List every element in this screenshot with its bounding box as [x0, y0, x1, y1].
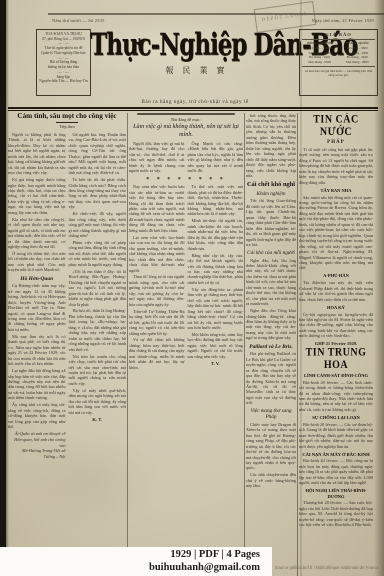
paragraph: Kẻ chức-việc đã vậy, người làm công cũng…	[69, 211, 127, 238]
continued-label: Tiếp theo	[8, 124, 126, 129]
paragraph: Than ôi! lòng tự-ái của người mình nặng …	[129, 274, 185, 307]
paragraph: Vậy có mấy nhời quê-kệch, dám mong các n…	[69, 388, 127, 415]
price-column-indochina: ĐÔNG-DƯƠNG Cả năm . . 5$40Sáu tháng . 2$…	[302, 41, 338, 64]
paragraph: Tỉ số một cái công hai mà gặp phải lúc t…	[299, 147, 373, 185]
paragraph: Ở trong tối thẳm thế, cho nên lời cổ-nhâ…	[8, 251, 66, 273]
column-rule	[244, 113, 245, 576]
paragraph: Hạ-lưu rồi, thân là ông Hoàng-Phủ tiến-l…	[69, 308, 127, 352]
title-rule	[56, 122, 78, 123]
paragraph: Ta thử xét: một việc mà thành, phải có đ…	[188, 184, 244, 217]
paragraph: Vả sự đời chìm nổi không chừng: hôm nay …	[129, 337, 185, 370]
column-rule	[127, 113, 128, 576]
article-cam-tinh: Cảm tình, sâu mọt cho công việc Tiếp the…	[8, 113, 126, 576]
column-2: Gã người kia: ông Thuận làm vụ, ông Cao-…	[69, 132, 127, 460]
scan-edge-left	[0, 0, 6, 576]
paragraph: Cụ Hương-chức năm nay vậy, trẻ em ngày 1…	[8, 283, 66, 332]
price-box-title: GIÁ BÁO	[302, 32, 375, 37]
paragraph: bởi sống thuốc ứng thấy vẫn, mà sống thu…	[246, 113, 296, 178]
masthead: Thực-Nghiệp Dân-Báo 報民業實	[90, 30, 300, 76]
country-head-phap: PHÁP	[299, 140, 373, 145]
paragraph: Gã người kia: ông Thuận làm vụ, ông Cao-…	[69, 132, 127, 176]
country-head-hoa-ky: HOA KỲ	[301, 305, 371, 310]
story-title-cai-chet-kho-nghi: Cái chết khó nghĩ	[246, 181, 296, 188]
paragraph: Thượng-hải 20 février. — Sau cuộc hội-ng…	[299, 500, 373, 527]
column-pair: Người ta không phải là ông Thánh, ai là …	[8, 132, 126, 460]
paragraph: Hai phi-tướng Paillard và Le Bris khi gh…	[246, 351, 296, 406]
article-kicker: Bài đăng để mục:	[129, 117, 243, 122]
list-line: Một tháng . 0$50	[302, 60, 338, 65]
paragraph: Chiếc máy bay Dragon đi Xiêm-la có mang …	[246, 422, 296, 471]
paragraph: Nghe đâu cho Tổng khai chúng-khẩu đồng-t…	[246, 308, 296, 341]
price-columns: ĐÔNG-DƯƠNG Cả năm . . 5$40Sáu tháng . 2$…	[302, 39, 375, 65]
column-3-intro: Người đời, làm việc gì mà bị thất-bại, t…	[129, 141, 185, 175]
section-title-tin-cac-nuoc: TIN CÁC NƯỚC	[299, 113, 373, 138]
column-4: Ta thử xét: một việc mà thành, phải có đ…	[188, 184, 244, 371]
paragraph: Lại xem như việc học-hành của con em ta:…	[129, 235, 185, 273]
story-title-paillard-lebris: Paillard và Le Bris.	[246, 344, 296, 350]
list-line: Một tháng . 0$85	[340, 60, 376, 65]
paragraph: «Tôi là em thân ở đây; tôi là Hoa-Lương …	[69, 269, 127, 307]
overlay-caption-box: 1929 | PDF | 4 Pages buihuuhanh@gmail.co…	[0, 547, 272, 576]
paragraph: Người đời, làm việc gì mà bị thất-bại, t…	[129, 141, 185, 174]
article-title: Cảm tình, sâu mọt cho công việc	[8, 113, 126, 121]
scan-edge-top	[48, 13, 384, 15]
publisher-box: TÒA SOẠN VÀ TRỊ-SỰ87, phố Hàng Gai — HAN…	[36, 29, 91, 96]
column-4-intro: Ông Mạnh có câu rằng: «Hành hữu bất đắc …	[188, 141, 244, 175]
list-line: Quản-lý Thực-nghiệp Dân-báo	[38, 51, 89, 56]
paragraph: Tức thì làng Giao-thông đã trình sự việc…	[246, 198, 296, 247]
price-box-note: Ai mua báo xin giả tiền trước — báo khôn…	[302, 66, 375, 77]
notice-title-ho-hon-quan: Hồ Hớn-Quan	[8, 276, 66, 282]
price-box: GIÁ BÁO ĐÔNG-DƯƠNG Cả năm . . 5$40Sáu th…	[299, 29, 378, 96]
story-subhead-mang-tho: Việc mang thơ sang Pháp	[246, 408, 296, 420]
paragraph: Nghe đâu, bấy lâu ông thêm khách-khứa cũ…	[246, 258, 296, 307]
paragraph: Nay xem như việc buôn bán của các nhà tư…	[129, 184, 185, 233]
article-signature: K. T.	[69, 417, 127, 422]
column-6-foreign-news: TIN CÁC NƯỚCPHÁPTỉ số một cái công hai m…	[299, 113, 373, 576]
price-column-foreign: NGOẠI-QUỐC Cả năm . . 9$00Sáu tháng . 4$…	[340, 41, 376, 64]
paragraph: Lại nghe đâu hội đồng hàng xã sắp họp bà…	[8, 368, 66, 401]
paragraph: Ủy-hội ngoại-giao tại hạ-nghị-viện đã bà…	[299, 312, 373, 339]
notice-signature: Tường – Nội	[8, 454, 66, 460]
column-pair: Người đời, làm việc gì mà bị thất-bại, t…	[129, 141, 243, 175]
newspaper-title: Thực-Nghiệp Dân-Báo	[90, 30, 300, 60]
newspaper-page-scan: Năm thứ mười — Số 2535 Ngày thứ năm, 21 …	[0, 0, 384, 576]
issue-info: Năm thứ mười — Số 2535	[52, 18, 105, 23]
paragraph: Bắc-kinh 20 février. — Các sư-đoàn hộ-tị…	[299, 422, 373, 449]
overlay-year-pages: 1929 | PDF | 4 Pages	[0, 549, 260, 561]
column-5: bởi sống thuốc ứng thấy vẫn, mà sống thu…	[246, 113, 296, 576]
column-1: Người ta không phải là ông Thánh, ai là …	[8, 132, 66, 460]
column-rule	[297, 113, 298, 576]
paragraph: Sáu mươi sáu hội đồng một cái có quan-tr…	[299, 195, 373, 271]
story-subhead-kham-nghiem: Khám nghiệm	[246, 191, 296, 197]
paragraph: Phàm việc công thì cứ phép công mà làm, …	[69, 240, 127, 267]
paragraph: Người ta không phải là ông Thánh, ai là …	[8, 132, 66, 176]
paragraph: Một khôn từng-trải, trăm hay học-đòi; đư…	[188, 332, 244, 359]
paragraph: Mình tín-thực thì người tin, mình cần-ki…	[188, 218, 244, 251]
column-3: Nay xem như việc buôn bán của các nhà tư…	[129, 184, 185, 371]
page-columns: Cảm tình, sâu mọt cho công việc Tiếp the…	[8, 113, 378, 576]
list-line: Nguyễn-hữu-Thu — Bùi-huy-Tín	[38, 79, 89, 84]
date-info: Ngày thứ năm, 21 Février 1929	[312, 18, 374, 23]
news-head-canh-sat: LÍNH CẢNH-SÁT ĐÌNH-CÔNG	[301, 373, 371, 378]
section-title-tin-trung-hoa: TIN TRUNG HOA	[299, 346, 373, 371]
overlay-email: buihuuhanh@gmail.com	[0, 562, 260, 574]
paragraph: Bắc-kinh 20 février. — Đội công-an bị mộ…	[299, 458, 373, 485]
paragraph: Bằng như cậy tài, cậy của, cậy thế mà kh…	[188, 253, 244, 286]
paragraph: Nói tóm lại: muốn cho công việc chạy, tr…	[69, 354, 127, 387]
wire-dateline: GHP 21 Février 1929.	[299, 341, 373, 346]
paragraph: Các nhà chuyên-môn đều chú ý về cuộc hàn…	[246, 472, 296, 488]
country-head-a-phu-han: A-PHÚ-HÃN	[301, 273, 371, 278]
news-head-hoi-nghi: HỘI NGHỊ LIÊN THÁI-BÌNH-DƯƠNG	[301, 488, 371, 499]
dateline-row: Năm thứ mười — Số 2535 Ngày thứ năm, 21 …	[52, 18, 374, 23]
article-lam-viec: Bài đăng để mục: Làm việc gì mà không th…	[129, 113, 243, 576]
stamp-text: DÉPÔT LÉGAL	[261, 11, 308, 22]
price-column-header: NGOẠI-QUỐC	[340, 41, 376, 45]
news-head-chong-loan: SỰ CHỐNG LẠI LOẠN	[301, 415, 371, 420]
newspaper-title-chinese: 報民業實	[90, 65, 300, 76]
paragraph: Trần-trễ Tư-Tưởng Thiên-Hạ bạ rằng: biết…	[129, 309, 185, 336]
paragraph: Ta biết tật rồi thì phải chữa. Chữa bằng…	[69, 177, 127, 210]
asterisk-separator: * * * * * * * *	[129, 177, 243, 183]
paragraph: Mà nay làm rày nói là có thanh quả phê, …	[8, 334, 66, 367]
paragraph: Ông Mạnh có câu rằng: «Hành hữu bất đắc …	[188, 141, 244, 174]
country-head-tay-ban-nha: TÂY BAN NHA	[301, 188, 371, 193]
paragraph: Vậy xin đồng-bào ta: phàm làm việc gì ch…	[188, 287, 244, 331]
article-signature: T. V.	[188, 361, 244, 366]
paragraph: Ấy cũng nhờ có mấy ông sốt-sắng về việc …	[8, 402, 66, 429]
paragraph: Kìa như kẻ cầm cân công-lý, vì chỗ quen …	[8, 217, 66, 250]
paragraph: Tin điện-tín sau này do một viên Colonel…	[299, 280, 373, 302]
news-head-an-may: CÁI NẠN ĂN MÀY Ở BẮC-KINH	[301, 452, 371, 457]
column-pair: Nay xem như việc buôn bán của các nhà tư…	[129, 184, 243, 371]
ink-smear	[137, 113, 235, 115]
article-title: Làm việc gì mà không thành, nên tự xét l…	[131, 123, 241, 139]
story-subhead-cai-kho: Cái khó của mỗi người	[246, 250, 296, 256]
tagline: Báo ra hằng ngày, trừ chủ-nhật và ngày l…	[90, 99, 300, 105]
notice-signature: Ái-Quần và anh em khuyết về Hớn-quan, bở…	[8, 431, 66, 448]
paragraph: Bắc-kinh 20 février. — Các lính cảnh-sát…	[299, 380, 373, 413]
gallica-attribution: Source gallica.bnf.fr / Bibliothèque nat…	[275, 565, 379, 570]
price-column-header: ĐÔNG-DƯƠNG	[302, 41, 338, 45]
paragraph: Ký giả từng ngày được trông nghe thấy: b…	[8, 177, 66, 215]
masthead-double-rule	[8, 107, 378, 111]
